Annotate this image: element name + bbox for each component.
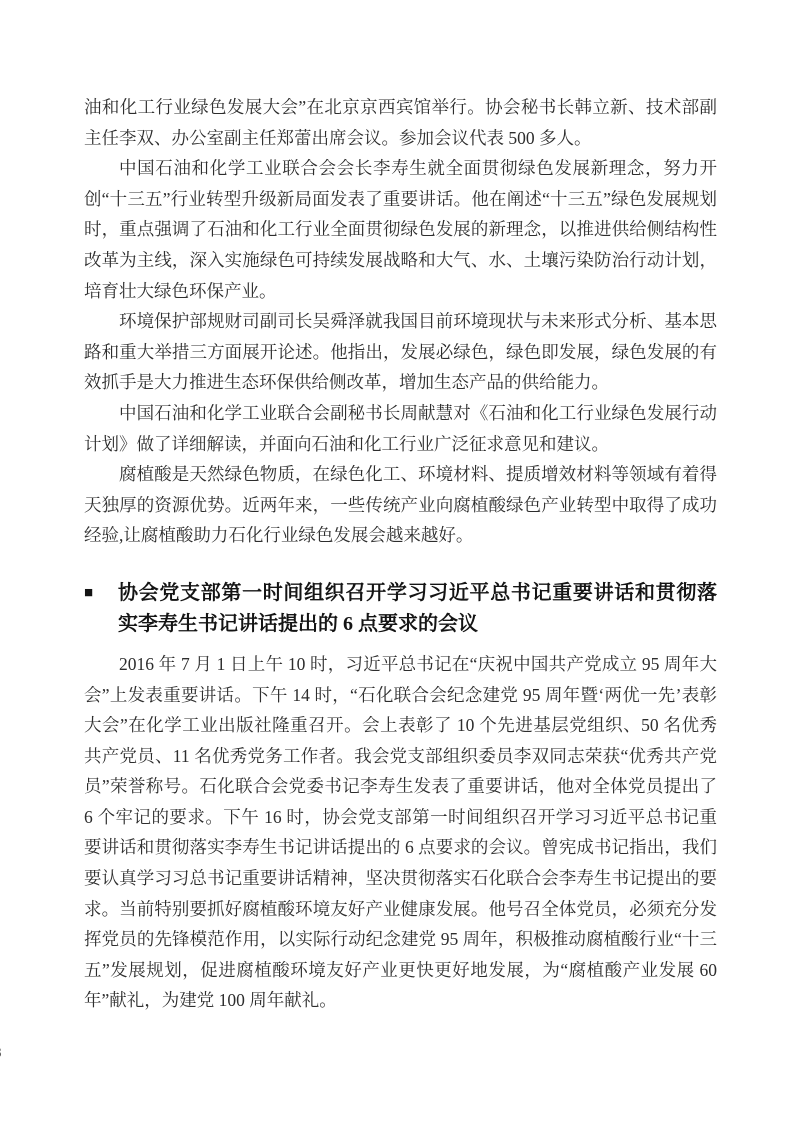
paragraph-continuation: 油和化工行业绿色发展大会”在北京京西宾馆举行。协会秘书长韩立新、技术部副主任李双…: [84, 92, 717, 153]
paragraph-keynote-speech: 中国石油和化学工业联合会会长李寿生就全面贯彻绿色发展新理念，努力开创“十三五”行…: [84, 153, 717, 306]
section-heading-text: 协会党支部第一时间组织召开学习习近平总书记重要讲话和贯彻落实李寿生书记讲话提出的…: [118, 582, 717, 635]
paragraph-action-plan: 中国石油和化学工业联合会副秘书长周献慧对《石油和化工行业绿色发展行动计划》做了详…: [84, 398, 717, 459]
paragraph-environment-remarks: 环境保护部规财司副司长吴舜泽就我国目前环境现状与未来形式分析、基本思路和重大举措…: [84, 306, 717, 398]
article-body: 油和化工行业绿色发展大会”在北京京西宾馆举行。协会秘书长韩立新、技术部副主任李双…: [84, 92, 717, 1016]
paragraph-humic-acid: 腐植酸是天然绿色物质，在绿色化工、环境材料、提质增效材料等领域有着得天独厚的资源…: [84, 459, 717, 551]
square-bullet-icon: ■: [84, 578, 93, 609]
section-heading: ■ 协会党支部第一时间组织召开学习习近平总书记重要讲话和贯彻落实李寿生书记讲话提…: [84, 578, 717, 640]
page-number: 8: [0, 1044, 2, 1062]
paragraph-party-meeting: 2016 年 7 月 1 日上午 10 时，习近平总书记在“庆祝中国共产党成立 …: [84, 649, 717, 1016]
document-page: 油和化工行业绿色发展大会”在北京京西宾馆举行。协会秘书长韩立新、技术部副主任李双…: [0, 0, 800, 1131]
